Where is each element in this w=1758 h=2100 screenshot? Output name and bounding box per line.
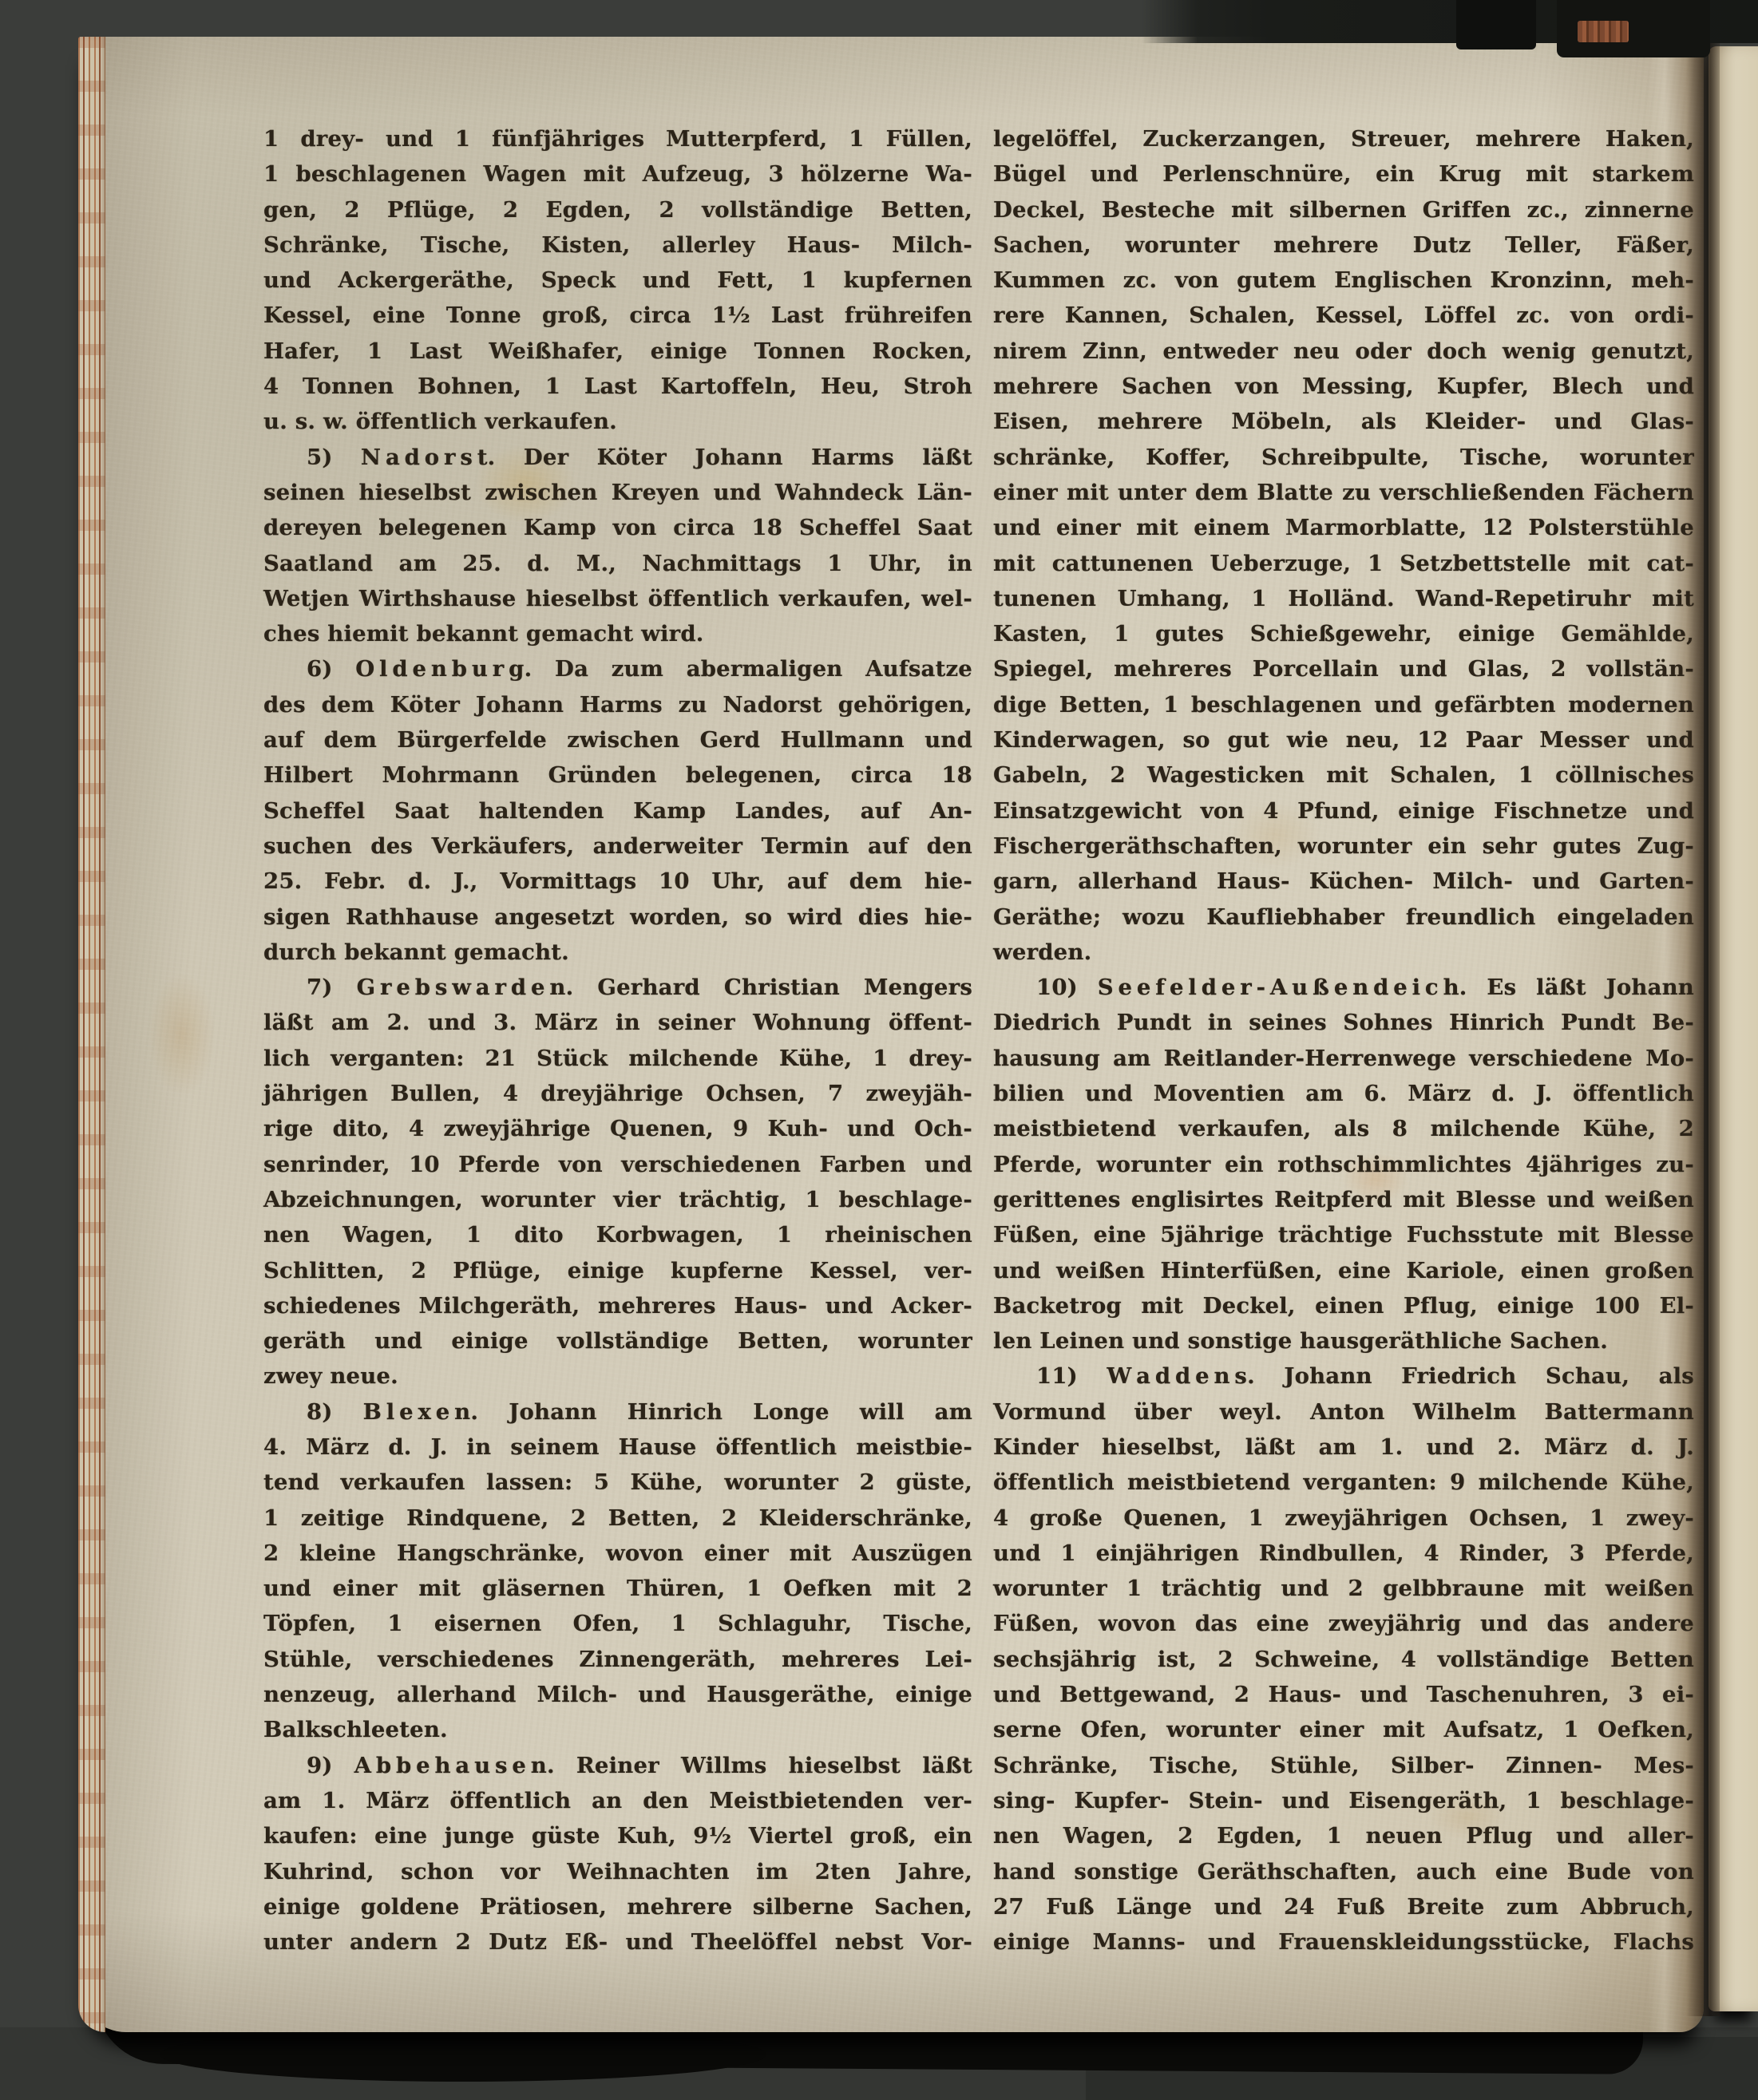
text-line-right-51: 27 Fuß Länge und 24 Fuß Breite zum Abbru…: [993, 1889, 1694, 1924]
text-line-right-15: Kasten, 1 gutes Schießgewehr, einige Gem…: [993, 616, 1694, 651]
text-line-right-52: einige Manns- und Frauenskleidungsstücke…: [993, 1924, 1694, 1960]
text-line-left-20: Scheffel Saat haltenden Kamp Landes, auf…: [263, 793, 972, 829]
text-line-left-24: durch bekannt gemacht.: [263, 935, 972, 970]
text-line-right-34: Backetrog mit Deckel, einen Pflug, einig…: [993, 1288, 1694, 1323]
text-line-left-10: 5) N a d o r s t. Der Köter Johann Harms…: [263, 440, 972, 475]
text-line-right-16: Spiegel, mehreres Porcellain und Glas, 2…: [993, 651, 1694, 686]
text-line-right-49: nen Wagen, 2 Egden, 1 neuen Pflug und al…: [993, 1818, 1694, 1853]
text-line-right-40: 4 große Quenen, 1 zweyjährigen Ochsen, 1…: [993, 1501, 1694, 1536]
page-cast-shadow-left: [160, 2027, 766, 2082]
text-line-right-38: Kinder hieselbst, läßt am 1. und 2. März…: [993, 1430, 1694, 1465]
text-line-right-25: 10) S e e f e l d e r - A u ß e n d e i …: [993, 970, 1694, 1005]
text-line-left-51: einige goldene Prätiosen, mehrere silber…: [263, 1889, 972, 1924]
text-line-right-2: Bügel und Perlenschnüre, ein Krug mit st…: [993, 156, 1694, 192]
text-line-right-24: werden.: [993, 935, 1694, 970]
text-line-left-33: Schlitten, 2 Pflüge, einige kupferne Kes…: [263, 1253, 972, 1288]
photo-backdrop: 1 drey- und 1 fünfjähriges Mutterpferd, …: [0, 0, 1758, 2100]
text-line-right-17: dige Betten, 1 beschlagenen und gefärbte…: [993, 687, 1694, 722]
text-line-left-31: Abzeichnungen, worunter vier trächtig, 1…: [263, 1182, 972, 1217]
text-line-left-40: 1 zeitige Rindquene, 2 Betten, 2 Kleider…: [263, 1501, 972, 1536]
text-line-right-18: Kinderwagen, so gut wie neu, 12 Paar Mes…: [993, 722, 1694, 757]
text-line-left-13: Saatland am 25. d. M., Nachmittags 1 Uhr…: [263, 546, 972, 581]
left-text-column: 1 drey- und 1 fünfjähriges Mutterpferd, …: [263, 121, 972, 1960]
text-line-left-21: suchen des Verkäufers, anderweiter Termi…: [263, 829, 972, 864]
text-line-right-21: Fischergeräthschaften, worunter ein sehr…: [993, 829, 1694, 864]
text-line-right-14: tunenen Umhang, 1 Holländ. Wand-Repetiru…: [993, 581, 1694, 616]
text-line-left-2: 1 beschlagenen Wagen mit Aufzeug, 3 hölz…: [263, 156, 972, 192]
text-line-right-20: Einsatzgewicht von 4 Pfund, einige Fisch…: [993, 793, 1694, 829]
text-line-left-5: und Ackergeräthe, Speck und Fett, 1 kupf…: [263, 263, 972, 298]
text-line-left-12: dereyen belegenen Kamp von circa 18 Sche…: [263, 510, 972, 545]
binding-black-tab: [1456, 0, 1536, 49]
text-line-right-37: Vormund über weyl. Anton Wilhelm Batterm…: [993, 1394, 1694, 1430]
right-text-column: legelöffel, Zuckerzangen, Streuer, mehre…: [993, 121, 1694, 1960]
text-line-left-7: Hafer, 1 Last Weißhafer, einige Tonnen R…: [263, 334, 972, 369]
text-line-right-33: und weißen Hinterfüßen, eine Kariole, ei…: [993, 1253, 1694, 1288]
text-line-left-42: und einer mit gläsernen Thüren, 1 Oefken…: [263, 1571, 972, 1606]
text-line-left-52: unter andern 2 Dutz Eß- und Theelöffel n…: [263, 1924, 972, 1960]
text-line-left-11: seinen hieselbst zwischen Kreyen und Wah…: [263, 475, 972, 510]
text-line-left-1: 1 drey- und 1 fünfjähriges Mutterpferd, …: [263, 121, 972, 156]
text-line-right-19: Gabeln, 2 Wagesticken mit Schalen, 1 cöl…: [993, 757, 1694, 793]
text-line-left-47: 9) A b b e h a u s e n. Reiner Willms hi…: [263, 1748, 972, 1783]
text-line-right-46: serne Ofen, worunter einer mit Aufsatz, …: [993, 1712, 1694, 1747]
text-line-left-25: 7) G r e b s w a r d e n. Gerhard Christ…: [263, 970, 972, 1005]
text-line-left-6: Kessel, eine Tonne groß, circa 1½ Last f…: [263, 298, 972, 333]
text-line-left-9: u. s. w. öffentlich verkaufen.: [263, 404, 972, 439]
text-line-right-22: garn, allerhand Haus- Küchen- Milch- und…: [993, 864, 1694, 899]
text-line-left-38: 4. März d. J. in seinem Hause öffentlich…: [263, 1430, 972, 1465]
text-line-left-32: nen Wagen, 1 dito Korbwagen, 1 rheinisch…: [263, 1217, 972, 1252]
red-bookmark-edge: [1578, 21, 1629, 42]
text-line-left-45: nenzeug, allerhand Milch- und Hausgeräth…: [263, 1677, 972, 1712]
text-line-right-28: bilien und Moventien am 6. März d. J. öf…: [993, 1076, 1694, 1111]
text-line-left-44: Stühle, verschiedenes Zinnengeräth, mehr…: [263, 1642, 972, 1677]
text-line-right-7: nirem Zinn, entweder neu oder doch wenig…: [993, 334, 1694, 369]
text-line-left-46: Balkschleeten.: [263, 1712, 972, 1747]
text-line-left-30: senrinder, 10 Pferde von verschiedenen F…: [263, 1147, 972, 1182]
text-line-left-16: 6) O l d e n b u r g. Da zum abermaligen…: [263, 651, 972, 686]
text-line-left-17: des dem Köter Johann Harms zu Nadorst ge…: [263, 687, 972, 722]
text-line-right-41: und 1 einjährigen Rindbullen, 4 Rinder, …: [993, 1536, 1694, 1571]
text-line-right-26: Diedrich Pundt in seines Sohnes Hinrich …: [993, 1005, 1694, 1040]
text-line-right-3: Deckel, Besteche mit silbernen Griffen z…: [993, 192, 1694, 227]
text-line-right-12: und einer mit einem Marmorblatte, 12 Pol…: [993, 510, 1694, 545]
text-line-left-8: 4 Tonnen Bohnen, 1 Last Kartoffeln, Heu,…: [263, 369, 972, 404]
text-line-right-4: Sachen, worunter mehrere Dutz Teller, Fä…: [993, 227, 1694, 263]
text-line-left-28: jährigen Bullen, 4 dreyjährige Ochsen, 7…: [263, 1076, 972, 1111]
text-line-left-15: ches hiemit bekannt gemacht wird.: [263, 616, 972, 651]
text-line-left-41: 2 kleine Hangschränke, wovon einer mit A…: [263, 1536, 972, 1571]
text-line-right-31: gerittenes englisirtes Reitpferd mit Ble…: [993, 1182, 1694, 1217]
red-speckled-fore-edge: [78, 37, 105, 2032]
text-line-left-27: lich verganten: 21 Stück milchende Kühe,…: [263, 1041, 972, 1076]
text-line-left-4: Schränke, Tische, Kisten, allerley Haus-…: [263, 227, 972, 263]
text-line-left-3: gen, 2 Pflüge, 2 Egden, 2 vollständige B…: [263, 192, 972, 227]
text-line-right-29: meistbietend verkaufen, als 8 milchende …: [993, 1111, 1694, 1146]
text-line-right-42: worunter 1 trächtig und 2 gelbbraune mit…: [993, 1571, 1694, 1606]
text-line-right-6: rere Kannen, Schalen, Kessel, Löffel zc.…: [993, 298, 1694, 333]
text-line-right-11: einer mit unter dem Blatte zu verschließ…: [993, 475, 1694, 510]
text-line-left-37: 8) B l e x e n. Johann Hinrich Longe wil…: [263, 1394, 972, 1430]
text-line-right-45: und Bettgewand, 2 Haus- und Taschenuhren…: [993, 1677, 1694, 1712]
text-line-left-14: Wetjen Wirthshause hieselbst öffentlich …: [263, 581, 972, 616]
text-line-left-36: zwey neue.: [263, 1358, 972, 1394]
text-line-right-39: öffentlich meistbietend verganten: 9 mil…: [993, 1465, 1694, 1500]
text-line-left-49: kaufen: eine junge güste Kuh, 9½ Viertel…: [263, 1818, 972, 1853]
text-line-left-29: rige dito, 4 zweyjährige Quenen, 9 Kuh- …: [263, 1111, 972, 1146]
text-line-right-48: sing- Kupfer- Stein- und Eisengeräth, 1 …: [993, 1783, 1694, 1818]
text-line-right-13: mit cattunenen Ueberzuge, 1 Setzbettstel…: [993, 546, 1694, 581]
spine-crease: [1686, 38, 1720, 2016]
text-line-right-5: Kummen zc. von gutem Englischen Kronzinn…: [993, 263, 1694, 298]
text-line-right-50: hand sonstige Geräthschaften, auch eine …: [993, 1854, 1694, 1889]
text-line-left-18: auf dem Bürgerfelde zwischen Gerd Hullma…: [263, 722, 972, 757]
text-line-left-34: schiedenes Milchgeräth, mehreres Haus- u…: [263, 1288, 972, 1323]
text-line-left-22: 25. Febr. d. J., Vormittags 10 Uhr, auf …: [263, 864, 972, 899]
text-line-left-26: läßt am 2. und 3. März in seiner Wohnung…: [263, 1005, 972, 1040]
text-line-right-10: schränke, Koffer, Schreibpulte, Tische, …: [993, 440, 1694, 475]
text-line-right-27: hausung am Reitlander-Herrenwege verschi…: [993, 1041, 1694, 1076]
text-line-left-19: Hilbert Mohrmann Gründen belegenen, circ…: [263, 757, 972, 793]
text-line-right-44: sechsjährig ist, 2 Schweine, 4 vollständ…: [993, 1642, 1694, 1677]
text-line-left-43: Töpfen, 1 eisernen Ofen, 1 Schlaguhr, Ti…: [263, 1606, 972, 1641]
text-line-right-47: Schränke, Tische, Stühle, Silber- Zinnen…: [993, 1748, 1694, 1783]
text-line-right-32: Füßen, eine 5jährige trächtige Fuchsstut…: [993, 1217, 1694, 1252]
text-line-left-48: am 1. März öffentlich an den Meistbieten…: [263, 1783, 972, 1818]
text-line-left-35: geräth und einige vollständige Betten, w…: [263, 1323, 972, 1358]
text-line-right-9: Eisen, mehrere Möbeln, als Kleider- und …: [993, 404, 1694, 439]
text-line-left-50: Kuhrind, schon vor Weihnachten im 2ten J…: [263, 1854, 972, 1889]
text-line-right-8: mehrere Sachen von Messing, Kupfer, Blec…: [993, 369, 1694, 404]
book-page: 1 drey- und 1 fünfjähriges Mutterpferd, …: [78, 37, 1704, 2032]
text-line-right-35: len Leinen und sonstige hausgeräthliche …: [993, 1323, 1694, 1358]
text-line-right-36: 11) W a d d e n s. Johann Friedrich Scha…: [993, 1358, 1694, 1394]
text-line-right-30: Pferde, worunter ein rothschimmlichtes 4…: [993, 1147, 1694, 1182]
text-line-left-23: sigen Rathhause angesetzt worden, so wir…: [263, 900, 972, 935]
text-line-right-1: legelöffel, Zuckerzangen, Streuer, mehre…: [993, 121, 1694, 156]
text-line-right-43: Füßen, wovon das eine zweyjährig und das…: [993, 1606, 1694, 1641]
text-line-right-23: Geräthe; wozu Kaufliebhaber freundlich e…: [993, 900, 1694, 935]
text-line-left-39: tend verkaufen lassen: 5 Kühe, worunter …: [263, 1465, 972, 1500]
